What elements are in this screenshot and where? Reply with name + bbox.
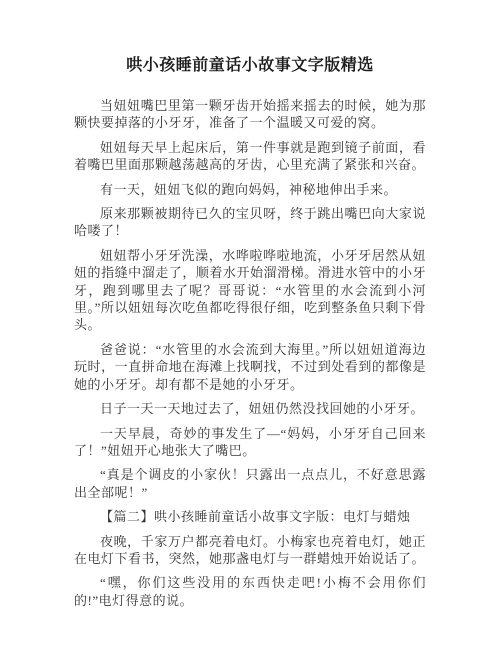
paragraph: 日子一天一天地过去了，妞妞仍然没找回她的小牙牙。 bbox=[74, 400, 426, 417]
paragraph: 夜晚，千家万户都亮着电灯。小梅家也亮着电灯，她正在电灯下看书，突然，她那盏电灯与… bbox=[74, 533, 426, 568]
paragraph: 有一天，妞妞飞似的跑向妈妈，神秘地伸出手来。 bbox=[74, 181, 426, 198]
paragraph: 一天早晨，奇妙的事发生了—“妈妈，小牙牙自己回来了！”妞妞开心地张大了嘴巴。 bbox=[74, 425, 426, 460]
paragraph: “嘿，你们这些没用的东西快走吧!小梅不会用你们的!”电灯得意的说。 bbox=[74, 574, 426, 609]
paragraph: “真是个调皮的小家伙！只露出一点点儿，不好意思露出全部呢！” bbox=[74, 466, 426, 501]
paragraph: 当妞妞嘴巴里第一颗牙齿开始摇来摇去的时候，她为那颗快要掉落的小牙牙，准备了一个温… bbox=[74, 97, 426, 132]
document-page: 哄小孩睡前童话小故事文字版精选 当妞妞嘴巴里第一颗牙齿开始摇来摇去的时候，她为那… bbox=[0, 0, 500, 647]
paragraph: 【篇二】哄小孩睡前童话小故事文字版：电灯与蜡烛 bbox=[74, 508, 426, 525]
paragraph: 爸爸说：“水管里的水会流到大海里。”所以妞妞道海边玩时，一直拼命地在海滩上找啊找… bbox=[74, 341, 426, 393]
document-body: 当妞妞嘴巴里第一颗牙齿开始摇来摇去的时候，她为那颗快要掉落的小牙牙，准备了一个温… bbox=[74, 97, 426, 609]
page-title: 哄小孩睡前童话小故事文字版精选 bbox=[0, 52, 500, 75]
paragraph: 妞妞帮小牙牙洗澡，水哗啦哗啦地流，小牙牙居然从妞妞的指缝中溜走了，顺着水开始溜滑… bbox=[74, 247, 426, 334]
paragraph: 妞妞每天早上起床后，第一件事就是跑到镜子前面，看着嘴巴里面那颗越荡越高的牙齿，心… bbox=[74, 139, 426, 174]
paragraph: 原来那颗被期待已久的宝贝呀，终于跳出嘴巴向大家说哈喽了！ bbox=[74, 205, 426, 240]
